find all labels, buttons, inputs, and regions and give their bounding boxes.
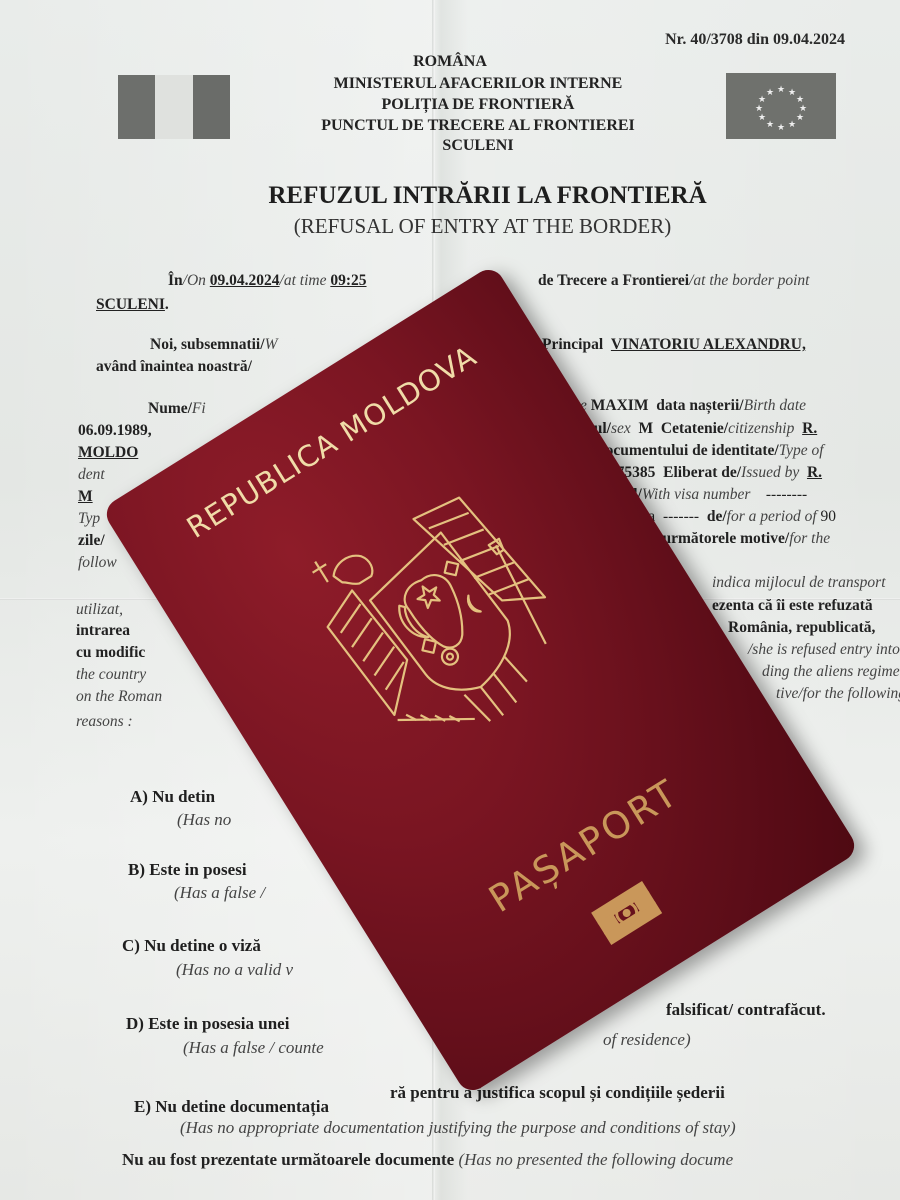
reason-d-en: (Has a false / counte xyxy=(183,1038,324,1058)
officers-line: Noi, subsemnatii/W xyxy=(150,336,277,354)
body-left-5: reasons : xyxy=(76,713,133,731)
body-right-3: /she is refused entry into xyxy=(748,641,900,659)
refusal-date: 09.04.2024 xyxy=(210,272,280,289)
reason-d-tail: falsificat/ contrafăcut. xyxy=(666,1000,826,1020)
reason-b: B) Este in posesi xyxy=(128,860,247,880)
officer-name-line: Principal VINATORIU ALEXANDRU, xyxy=(542,336,806,354)
sex-value: M xyxy=(639,420,654,437)
motives-line: u următorele motive/for the xyxy=(650,530,830,548)
document-subtitle: (REFUSAL OF ENTRY AT THE BORDER) xyxy=(0,214,900,239)
body-right-0: indica mijlocul de transport xyxy=(712,574,886,592)
doc-number-line: 1175385 Eliberat de/Issued by R. xyxy=(602,464,822,482)
documents-not-presented: Nu au fost prezentate următoarele docume… xyxy=(122,1150,733,1170)
intro-line: În/On 09.04.2024/at time 09:25 xyxy=(168,272,367,290)
body-right-2: România, republicată, xyxy=(728,619,875,637)
birth-date: 06.09.1989, xyxy=(78,422,152,440)
doc-type-line: documentului de identitate/Type of xyxy=(597,442,824,460)
reason-e-tail: ră pentru a justifica scopul și condiții… xyxy=(390,1083,725,1103)
header-police: POLIȚIA DE FRONTIERĂ xyxy=(28,94,900,115)
body-right-4: ding the aliens regime xyxy=(762,663,900,681)
body-left-4: on the Roman xyxy=(76,688,162,706)
body-left-0: utilizat, xyxy=(76,601,123,619)
header-location: SCULENI xyxy=(28,135,900,156)
header-ministry: MINISTERUL AFACERILOR INTERNE xyxy=(28,73,900,94)
body-left-2: cu modific xyxy=(76,644,145,662)
officers-line-2: având înaintea noastră/ xyxy=(96,358,252,376)
document-reference-number: Nr. 40/3708 din 09.04.2024 xyxy=(665,31,845,49)
intro-line-right: de Trecere a Frontierei/at the border po… xyxy=(538,272,809,290)
reason-c: C) Nu detine o viză xyxy=(122,936,261,956)
header-crossing-point: PUNCTUL DE TRECERE AL FRONTIEREI xyxy=(28,115,900,136)
reason-a: A) Nu detin xyxy=(130,787,215,807)
days-fragment: zile/ xyxy=(78,532,105,550)
border-point-name: SCULENI. xyxy=(96,296,169,314)
body-right-5: tive/for the following xyxy=(776,685,900,703)
issued-fragment: M xyxy=(78,488,93,506)
reason-e: E) Nu detine documentația xyxy=(134,1097,329,1117)
following-fragment: follow xyxy=(78,554,117,572)
body-left-1: intrarea xyxy=(76,622,130,640)
given-name: MAXIM xyxy=(591,397,649,414)
refusal-time: 09:25 xyxy=(330,272,366,289)
document-title: REFUZUL INTRĂRII LA FRONTIERĂ xyxy=(0,182,900,210)
reason-e-en: (Has no appropriate documentation justif… xyxy=(180,1118,736,1138)
body-right-1: ezenta că îi este refuzată xyxy=(712,597,873,615)
reason-a-en: (Has no xyxy=(177,810,231,830)
doc-type-fragment: dent xyxy=(78,466,105,484)
period-line: la ------- de/for a period of 90 xyxy=(644,508,836,526)
reason-d-en-tail: of residence) xyxy=(603,1030,691,1050)
type-fragment: Typ xyxy=(78,510,100,528)
reason-b-en: (Has a false / xyxy=(174,883,265,903)
name-label: Nume/Fi xyxy=(148,400,206,418)
body-left-3: the country xyxy=(76,666,146,684)
given-name-line: e MAXIM data nașterii/Birth date xyxy=(580,397,806,415)
citizenship-fragment: MOLDO xyxy=(78,444,138,462)
sex-citizenship-line: xul/sex M Cetatenie/citizenship R. xyxy=(586,420,817,438)
header-country: ROMÂNA xyxy=(0,51,900,72)
officer-name: VINATORIU ALEXANDRU, xyxy=(611,336,806,353)
reason-c-en: (Has no a valid v xyxy=(176,960,293,980)
reason-d: D) Este in posesia unei xyxy=(126,1014,289,1034)
visa-number: -------- xyxy=(766,486,807,503)
period-days: 90 xyxy=(821,508,837,525)
